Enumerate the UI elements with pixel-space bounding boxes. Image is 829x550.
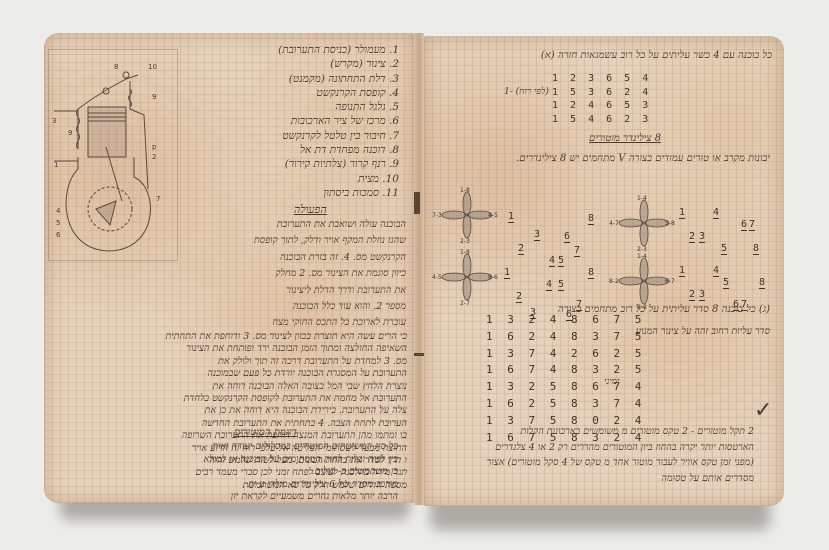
svg-text:8-6: 8-6 bbox=[488, 274, 498, 281]
paragraph-line: הבוכנה עולה ושואבת את התערובת bbox=[174, 217, 406, 233]
table-row: 1 5 3 6 2 4 bbox=[552, 86, 651, 100]
paragraph-line: בן משתמשים ב- סולים. bbox=[58, 466, 398, 479]
svg-text:2: 2 bbox=[152, 153, 156, 161]
staple-bottom bbox=[414, 353, 424, 356]
firing-number: 4 bbox=[713, 208, 719, 219]
table-row: 1 5 4 6 2 3 bbox=[552, 113, 651, 127]
firing-number: 5 bbox=[721, 244, 727, 255]
paragraph-line: מורכב מסדר של 6 צילינדרים מולדו ע ית bbox=[58, 479, 398, 492]
paragraph-line: (מפני זמן טקס אוויר לעבור מוטור אחד מ טק… bbox=[428, 455, 754, 471]
firing-number: 2 bbox=[516, 292, 522, 303]
parts-list-item: 4. קופסת הקרנקשט bbox=[234, 86, 399, 100]
firing-number: 7 bbox=[574, 246, 580, 257]
paragraph-line: בין לפיה ובלות לחות המסתומים על הבוכנה א… bbox=[58, 454, 398, 467]
firing-number: 6 bbox=[564, 232, 570, 243]
firing-order-table-1: 1 2 3 6 5 4 1 5 3 6 2 4 1 2 4 6 5 3 1 5 … bbox=[552, 72, 651, 126]
firing-number: 4 bbox=[549, 256, 555, 267]
firing-number: 3 bbox=[699, 290, 705, 301]
table-row: 1 6 7 4 8 3 2 5 bbox=[486, 362, 645, 379]
paragraph-line: עוברת לארוכת כל התכס החוקי מצח bbox=[174, 315, 406, 331]
paragraph-line: כל סוג המשוטתים המוטורים במסלולים יעודה … bbox=[58, 441, 398, 454]
notebook-right-page: כל בוכנה עם 4 כשר עליתים על כל רוב עשמגא… bbox=[424, 36, 784, 506]
paragraph-line: הרבה יותר מלאות גחרים משמעיים לקראת יזן bbox=[58, 491, 398, 504]
svg-text:3: 3 bbox=[52, 117, 56, 125]
paragraph-line: השאיפה החולצה ומתוך הזמן הבוכנה ירד ופות… bbox=[52, 343, 407, 355]
two-stroke-paragraph: 2 תקל מוטורים - 2 טקס מוטורים מ משומשים … bbox=[428, 424, 754, 486]
parts-list-item: 6. מרכז של ציר הארכובות bbox=[234, 114, 399, 128]
section-heading-8-cylinder: 8 צילינדר מוטורים bbox=[589, 133, 661, 144]
svg-text:4-5: 4-5 bbox=[432, 274, 442, 281]
svg-text:7: 7 bbox=[156, 195, 160, 203]
table-2-note: סדר עליות רחוב זהה על צינור המנוע bbox=[636, 326, 770, 337]
table-row: 1 2 4 6 5 3 bbox=[552, 99, 651, 113]
table-row: 1 6 2 5 8 3 7 4 bbox=[486, 396, 645, 413]
firing-number: 5 bbox=[723, 278, 729, 289]
parts-list-item: 1. מעמולר (כניסת התערובת) bbox=[234, 43, 399, 57]
svg-text:8: 8 bbox=[114, 63, 118, 71]
paragraph-line: התערובת על המסגרת הבוכנה יורדת כל פעם שב… bbox=[52, 368, 407, 380]
svg-text:10: 10 bbox=[148, 63, 157, 71]
svg-text:p: p bbox=[152, 143, 157, 151]
paragraph-line: כי הרים עשה היא תוצרת בכוון לצינור מס. 3… bbox=[52, 331, 407, 343]
svg-text:1-8: 1-8 bbox=[460, 249, 470, 256]
header-line: כל בוכנה עם 4 כשר עליתים על כל רוב עשמגא… bbox=[541, 50, 772, 61]
firing-number: 1 bbox=[508, 212, 514, 223]
table-row: 1 3 2 4 8 6 7 5 bbox=[486, 312, 645, 329]
parts-list-item: 2. צינור (מקרש) bbox=[234, 57, 399, 71]
svg-text:9: 9 bbox=[152, 93, 156, 101]
cylinder-cross-diagram-icon: 1-87-34-52-3 bbox=[432, 186, 502, 244]
paragraph-line: נוצרת הלחץ שבי המל בצובה האלה הבוכנה דוח… bbox=[52, 381, 407, 393]
firing-number: 8 bbox=[588, 268, 594, 279]
svg-text:9: 9 bbox=[68, 129, 72, 137]
svg-text:1-8: 1-8 bbox=[460, 187, 470, 194]
parts-list-item: 10. מצית bbox=[234, 172, 399, 186]
firing-number: 5 bbox=[558, 280, 564, 291]
operation-paragraph-short: הבוכנה עולה ושואבת את התערובת שהגז נוזלת… bbox=[174, 217, 406, 332]
firing-number: 1 bbox=[679, 266, 685, 277]
svg-text:1: 1 bbox=[54, 161, 58, 169]
firing-number: 4 bbox=[713, 266, 719, 277]
paragraph-line: כיוון סוגמת את הצינור מס. 2 מחלק bbox=[174, 266, 406, 282]
parts-list-item: 9. רנף קרור (צלתיות קירור) bbox=[234, 157, 399, 171]
firing-number: 3 bbox=[699, 232, 705, 243]
checkmark-icon: ✓ bbox=[754, 398, 772, 423]
engine-types-paragraph: כל סוג המשוטתים המוטורים במסלולים יעודה … bbox=[58, 441, 398, 504]
firing-number: 6 bbox=[741, 220, 747, 231]
firing-number: 4 bbox=[546, 280, 552, 291]
firing-number: 8 bbox=[588, 214, 594, 225]
paragraph-line: מס. 3 למחדת על התערובת דרכה זה תוך ולולק… bbox=[52, 356, 407, 368]
table-row: 1 6 2 4 8 3 7 5 bbox=[486, 329, 645, 346]
paragraph-line: מסדרים אותם על טסומה bbox=[428, 471, 754, 487]
parts-list-item: 5. גלגל התנופה bbox=[234, 100, 399, 114]
parts-list-item: 11. סמכות ביסתון bbox=[234, 186, 399, 200]
table-row: 1 2 3 6 5 4 bbox=[552, 72, 651, 86]
firing-number: 2 bbox=[689, 232, 695, 243]
svg-text:7-3: 7-3 bbox=[432, 212, 442, 219]
firing-number: 7 bbox=[749, 220, 755, 231]
paragraph-line: הארטסות יותר יקרה בהחוז ביון המוטורים מה… bbox=[428, 440, 754, 456]
table-row: 1 3 2 5 8 6 7 4 bbox=[486, 379, 645, 396]
table-2-side-note: ימיני bbox=[604, 376, 619, 387]
paragraph-line: הקרנקשט מס. 4. זה בזרת הבוכנה bbox=[174, 250, 406, 266]
firing-number: 5 bbox=[558, 256, 564, 267]
section-heading-engine-types: דוגמת המוטורים bbox=[234, 427, 297, 438]
svg-text:4: 4 bbox=[56, 207, 61, 215]
parts-list-item: 8. דוכנה מפחדת דת אל bbox=[234, 143, 399, 157]
firing-number: 1 bbox=[679, 208, 685, 219]
paragraph-line: מספר 2. והוא עוד כלל הבוכנה bbox=[174, 299, 406, 315]
section-heading-operation: הפעולה bbox=[294, 203, 327, 216]
table-row: 1 3 7 4 2 6 2 5 bbox=[486, 346, 645, 363]
svg-text:1-4: 1-4 bbox=[637, 195, 647, 202]
firing-number: 8 bbox=[753, 244, 759, 255]
cylinder-cross-diagram-icon: 1-84-58-62-7 bbox=[432, 248, 502, 306]
svg-text:2-3: 2-3 bbox=[460, 238, 470, 244]
svg-text:2-7: 2-7 bbox=[460, 300, 470, 306]
paragraph-line: צלה על התערובת. בירידת הבוכנה היא דוחה א… bbox=[52, 405, 407, 417]
notebook-spine bbox=[414, 33, 424, 505]
svg-text:5: 5 bbox=[56, 219, 60, 227]
paragraph-line: התערובת אל מחמת את התערובת לקופסת הקרנקש… bbox=[52, 393, 407, 405]
staple-top bbox=[414, 192, 420, 214]
paragraph-line: את התערובת ודרך הדלת ליצינור bbox=[174, 283, 406, 299]
firing-number: 3 bbox=[534, 230, 540, 241]
paragraph-line: הערובת לתחת הצבה. 4 בתחתית את התערובת הח… bbox=[52, 418, 407, 430]
engine-parts-list: 1. מעמולר (כניסת התערובת) 2. צינור (מקרש… bbox=[234, 43, 399, 200]
two-stroke-engine-diagram-icon: 39 12 p9 810 45 67 bbox=[48, 49, 176, 259]
firing-number: 1 bbox=[504, 268, 510, 279]
paragraph-line: 2 תקל מוטורים - 2 טקס מוטורים מ משומשים … bbox=[428, 424, 754, 440]
firing-number: 8 bbox=[759, 278, 765, 289]
parts-list-item: 3. דלת התחתונה (מקמנט) bbox=[234, 72, 399, 86]
notebook-left-page: 39 12 p9 810 45 67 1. מעמולר (כניסת התער… bbox=[44, 33, 414, 503]
parts-list-item: 7. חיבור בין טלטל לקרנקשט bbox=[234, 129, 399, 143]
table-1-note: (לפי רוח) -1 bbox=[504, 86, 549, 97]
firing-number: 2 bbox=[518, 244, 524, 255]
firing-number: 2 bbox=[689, 290, 695, 301]
section-subline: יבונות מקרב או טורים עמודים בצורה V מתחמ… bbox=[516, 153, 770, 164]
paragraph-line: שהגז נוזלת המקף אויר ודלק, לתוך קופסת bbox=[174, 233, 406, 249]
svg-text:6: 6 bbox=[56, 231, 61, 239]
svg-text:4-5: 4-5 bbox=[488, 212, 498, 219]
